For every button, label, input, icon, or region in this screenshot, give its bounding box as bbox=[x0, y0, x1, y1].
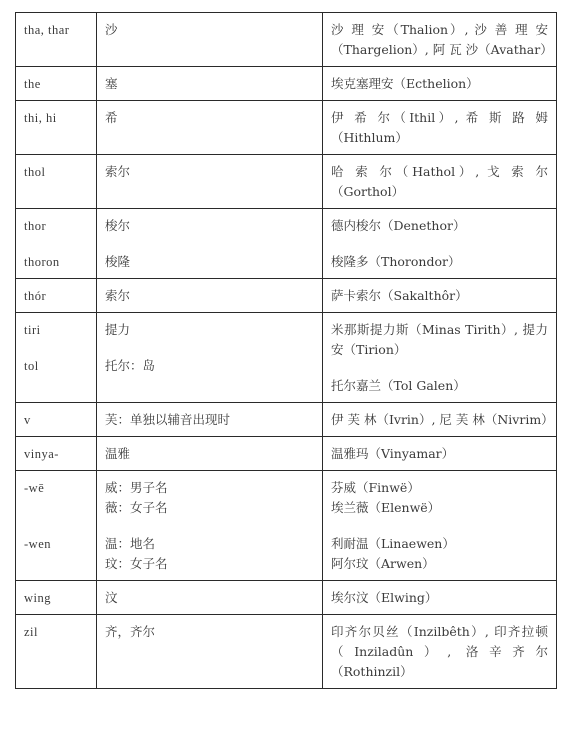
spacer bbox=[24, 498, 88, 518]
table-row: thol索尔哈 索 尔（Hathol）, 戈 索 尔（Gorthol） bbox=[16, 155, 557, 209]
examples-cell: 芬威（Finwë）埃兰薇（Elenwë）利耐温（Linaewen）阿尔玟（Arw… bbox=[323, 471, 557, 581]
example-text: 芬威（Finwë） bbox=[331, 478, 548, 498]
entry-block: 梭隆多（Thorondor） bbox=[331, 252, 548, 272]
root-cell: zil bbox=[16, 615, 97, 689]
meaning-text: 齐，齐尔 bbox=[105, 622, 314, 642]
entry-block: tiri bbox=[24, 320, 88, 340]
entry-block: 沙 理 安（Thalion）, 沙 善 理 安（Thargelion）, 阿 瓦… bbox=[331, 20, 548, 60]
root-cell: thorthoron bbox=[16, 209, 97, 279]
root-text: thór bbox=[24, 286, 88, 306]
entry-block: thi, hi bbox=[24, 108, 88, 128]
example-text: 伊 希 尔（Ithil）, 希 斯 路 姆（Hithlum） bbox=[331, 108, 548, 148]
meaning-cell: 齐，齐尔 bbox=[97, 615, 323, 689]
entry-block: 芙：单独以辅音出现时 bbox=[105, 410, 314, 430]
entry-block: 温雅玛（Vinyamar） bbox=[331, 444, 548, 464]
meaning-text: 梭尔 bbox=[105, 216, 314, 236]
root-cell: -wē -wen bbox=[16, 471, 97, 581]
entry-block: -wen bbox=[24, 534, 88, 574]
root-cell: vinya- bbox=[16, 437, 97, 471]
meaning-text: 汶 bbox=[105, 588, 314, 608]
entry-block: 提力 bbox=[105, 320, 314, 340]
table-row: zil齐，齐尔印齐尔贝丝（Inzilbêth）, 印齐拉顿（Inziladûn）… bbox=[16, 615, 557, 689]
example-text: 托尔嘉兰（Tol Galen） bbox=[331, 376, 548, 396]
entry-block: 索尔 bbox=[105, 286, 314, 306]
entry-block: 印齐尔贝丝（Inzilbêth）, 印齐拉顿（Inziladûn）, 洛辛齐尔（… bbox=[331, 622, 548, 682]
entry-block: 托尔：岛 bbox=[105, 356, 314, 376]
examples-cell: 哈 索 尔（Hathol）, 戈 索 尔（Gorthol） bbox=[323, 155, 557, 209]
example-text: 阿尔玟（Arwen） bbox=[331, 554, 548, 574]
root-text: tha, thar bbox=[24, 20, 88, 40]
root-cell: the bbox=[16, 67, 97, 101]
entry-block: tha, thar bbox=[24, 20, 88, 40]
meaning-text: 索尔 bbox=[105, 286, 314, 306]
root-text: thor bbox=[24, 216, 88, 236]
meaning-cell: 沙 bbox=[97, 13, 323, 67]
entry-block: thór bbox=[24, 286, 88, 306]
root-cell: thol bbox=[16, 155, 97, 209]
entry-block: 温雅 bbox=[105, 444, 314, 464]
entry-block: 梭尔 bbox=[105, 216, 314, 236]
glossary-body: tha, thar沙沙 理 安（Thalion）, 沙 善 理 安（Tharge… bbox=[16, 13, 557, 689]
root-cell: tiritol bbox=[16, 313, 97, 403]
entry-block: 伊 芙 林（Ivrin）, 尼 芙 林（Nivrim） bbox=[331, 410, 548, 430]
example-text: 萨卡索尔（Sakalthôr） bbox=[331, 286, 548, 306]
root-text: thol bbox=[24, 162, 88, 182]
entry-block: 利耐温（Linaewen）阿尔玟（Arwen） bbox=[331, 534, 548, 574]
entry-block: 米那斯提力斯（Minas Tirith）, 提力安（Tirion） bbox=[331, 320, 548, 360]
meaning-text: 薇：女子名 bbox=[105, 498, 314, 518]
entry-block: -wē bbox=[24, 478, 88, 518]
entry-block: 希 bbox=[105, 108, 314, 128]
entry-block: wing bbox=[24, 588, 88, 608]
meaning-cell: 汶 bbox=[97, 581, 323, 615]
example-text: 温雅玛（Vinyamar） bbox=[331, 444, 548, 464]
root-cell: thór bbox=[16, 279, 97, 313]
meaning-text: 温雅 bbox=[105, 444, 314, 464]
examples-cell: 温雅玛（Vinyamar） bbox=[323, 437, 557, 471]
entry-block: 伊 希 尔（Ithil）, 希 斯 路 姆（Hithlum） bbox=[331, 108, 548, 148]
example-text: 德内梭尔（Denethor） bbox=[331, 216, 548, 236]
meaning-text: 托尔：岛 bbox=[105, 356, 314, 376]
spacer bbox=[24, 554, 88, 574]
meaning-cell: 希 bbox=[97, 101, 323, 155]
meaning-text: 索尔 bbox=[105, 162, 314, 182]
table-row: thi, hi希伊 希 尔（Ithil）, 希 斯 路 姆（Hithlum） bbox=[16, 101, 557, 155]
meaning-cell: 索尔 bbox=[97, 155, 323, 209]
table-row: tiritol提力托尔：岛米那斯提力斯（Minas Tirith）, 提力安（T… bbox=[16, 313, 557, 403]
root-cell: thi, hi bbox=[16, 101, 97, 155]
root-text: wing bbox=[24, 588, 88, 608]
entry-block: 塞 bbox=[105, 74, 314, 94]
entry-block: 温：地名玟：女子名 bbox=[105, 534, 314, 574]
examples-cell: 印齐尔贝丝（Inzilbêth）, 印齐拉顿（Inziladûn）, 洛辛齐尔（… bbox=[323, 615, 557, 689]
entry-block: 萨卡索尔（Sakalthôr） bbox=[331, 286, 548, 306]
example-text: 利耐温（Linaewen） bbox=[331, 534, 548, 554]
entry-block: 埃尔汶（Elwing） bbox=[331, 588, 548, 608]
examples-cell: 伊 希 尔（Ithil）, 希 斯 路 姆（Hithlum） bbox=[323, 101, 557, 155]
example-text: 伊 芙 林（Ivrin）, 尼 芙 林（Nivrim） bbox=[331, 410, 548, 430]
table-row: vinya-温雅温雅玛（Vinyamar） bbox=[16, 437, 557, 471]
entry-block: 索尔 bbox=[105, 162, 314, 182]
examples-cell: 米那斯提力斯（Minas Tirith）, 提力安（Tirion）托尔嘉兰（To… bbox=[323, 313, 557, 403]
meaning-text: 威：男子名 bbox=[105, 478, 314, 498]
meaning-text: 梭隆 bbox=[105, 252, 314, 272]
root-text: -wen bbox=[24, 534, 88, 554]
glossary-table: tha, thar沙沙 理 安（Thalion）, 沙 善 理 安（Tharge… bbox=[15, 12, 557, 689]
root-cell: tha, thar bbox=[16, 13, 97, 67]
entry-block: zil bbox=[24, 622, 88, 642]
root-text: zil bbox=[24, 622, 88, 642]
meaning-text: 芙：单独以辅音出现时 bbox=[105, 410, 314, 430]
entry-block: 沙 bbox=[105, 20, 314, 40]
entry-block: 芬威（Finwë）埃兰薇（Elenwë） bbox=[331, 478, 548, 518]
meaning-cell: 提力托尔：岛 bbox=[97, 313, 323, 403]
example-text: 埃尔汶（Elwing） bbox=[331, 588, 548, 608]
root-text: v bbox=[24, 410, 88, 430]
entry-block: 托尔嘉兰（Tol Galen） bbox=[331, 376, 548, 396]
entry-block: 齐，齐尔 bbox=[105, 622, 314, 642]
meaning-text: 玟：女子名 bbox=[105, 554, 314, 574]
meaning-cell: 温雅 bbox=[97, 437, 323, 471]
examples-cell: 沙 理 安（Thalion）, 沙 善 理 安（Thargelion）, 阿 瓦… bbox=[323, 13, 557, 67]
root-text: thi, hi bbox=[24, 108, 88, 128]
entry-block: vinya- bbox=[24, 444, 88, 464]
examples-cell: 萨卡索尔（Sakalthôr） bbox=[323, 279, 557, 313]
meaning-text: 塞 bbox=[105, 74, 314, 94]
root-text: -wē bbox=[24, 478, 88, 498]
root-text: thoron bbox=[24, 252, 88, 272]
example-text: 埃兰薇（Elenwë） bbox=[331, 498, 548, 518]
entry-block: 埃克塞理安（Ecthelion） bbox=[331, 74, 548, 94]
entry-block: 汶 bbox=[105, 588, 314, 608]
entry-block: tol bbox=[24, 356, 88, 376]
meaning-cell: 塞 bbox=[97, 67, 323, 101]
example-text: 梭隆多（Thorondor） bbox=[331, 252, 548, 272]
root-text: tiri bbox=[24, 320, 88, 340]
table-row: tha, thar沙沙 理 安（Thalion）, 沙 善 理 安（Tharge… bbox=[16, 13, 557, 67]
example-text: 哈 索 尔（Hathol）, 戈 索 尔（Gorthol） bbox=[331, 162, 548, 202]
root-cell: wing bbox=[16, 581, 97, 615]
root-cell: v bbox=[16, 403, 97, 437]
table-row: the塞埃克塞理安（Ecthelion） bbox=[16, 67, 557, 101]
meaning-text: 提力 bbox=[105, 320, 314, 340]
table-row: thór索尔萨卡索尔（Sakalthôr） bbox=[16, 279, 557, 313]
entry-block: 威：男子名薇：女子名 bbox=[105, 478, 314, 518]
entry-block: 德内梭尔（Denethor） bbox=[331, 216, 548, 236]
entry-block: 梭隆 bbox=[105, 252, 314, 272]
table-row: thorthoron梭尔梭隆德内梭尔（Denethor）梭隆多（Thorondo… bbox=[16, 209, 557, 279]
entry-block: the bbox=[24, 74, 88, 94]
root-text: the bbox=[24, 74, 88, 94]
meaning-text: 希 bbox=[105, 108, 314, 128]
example-text: 米那斯提力斯（Minas Tirith）, 提力安（Tirion） bbox=[331, 320, 548, 360]
meaning-cell: 梭尔梭隆 bbox=[97, 209, 323, 279]
table-row: wing汶埃尔汶（Elwing） bbox=[16, 581, 557, 615]
table-row: v芙：单独以辅音出现时伊 芙 林（Ivrin）, 尼 芙 林（Nivrim） bbox=[16, 403, 557, 437]
examples-cell: 埃尔汶（Elwing） bbox=[323, 581, 557, 615]
table-row: -wē -wen 威：男子名薇：女子名温：地名玟：女子名芬威（Finwë）埃兰薇… bbox=[16, 471, 557, 581]
entry-block: thor bbox=[24, 216, 88, 236]
examples-cell: 伊 芙 林（Ivrin）, 尼 芙 林（Nivrim） bbox=[323, 403, 557, 437]
examples-cell: 埃克塞理安（Ecthelion） bbox=[323, 67, 557, 101]
example-text: 沙 理 安（Thalion）, 沙 善 理 安（Thargelion）, 阿 瓦… bbox=[331, 20, 548, 60]
example-text: 埃克塞理安（Ecthelion） bbox=[331, 74, 548, 94]
meaning-cell: 威：男子名薇：女子名温：地名玟：女子名 bbox=[97, 471, 323, 581]
meaning-text: 温：地名 bbox=[105, 534, 314, 554]
meaning-text: 沙 bbox=[105, 20, 314, 40]
root-text: vinya- bbox=[24, 444, 88, 464]
root-text: tol bbox=[24, 356, 88, 376]
meaning-cell: 索尔 bbox=[97, 279, 323, 313]
entry-block: v bbox=[24, 410, 88, 430]
entry-block: thol bbox=[24, 162, 88, 182]
meaning-cell: 芙：单独以辅音出现时 bbox=[97, 403, 323, 437]
example-text: 印齐尔贝丝（Inzilbêth）, 印齐拉顿（Inziladûn）, 洛辛齐尔（… bbox=[331, 622, 548, 682]
entry-block: thoron bbox=[24, 252, 88, 272]
examples-cell: 德内梭尔（Denethor）梭隆多（Thorondor） bbox=[323, 209, 557, 279]
entry-block: 哈 索 尔（Hathol）, 戈 索 尔（Gorthol） bbox=[331, 162, 548, 202]
